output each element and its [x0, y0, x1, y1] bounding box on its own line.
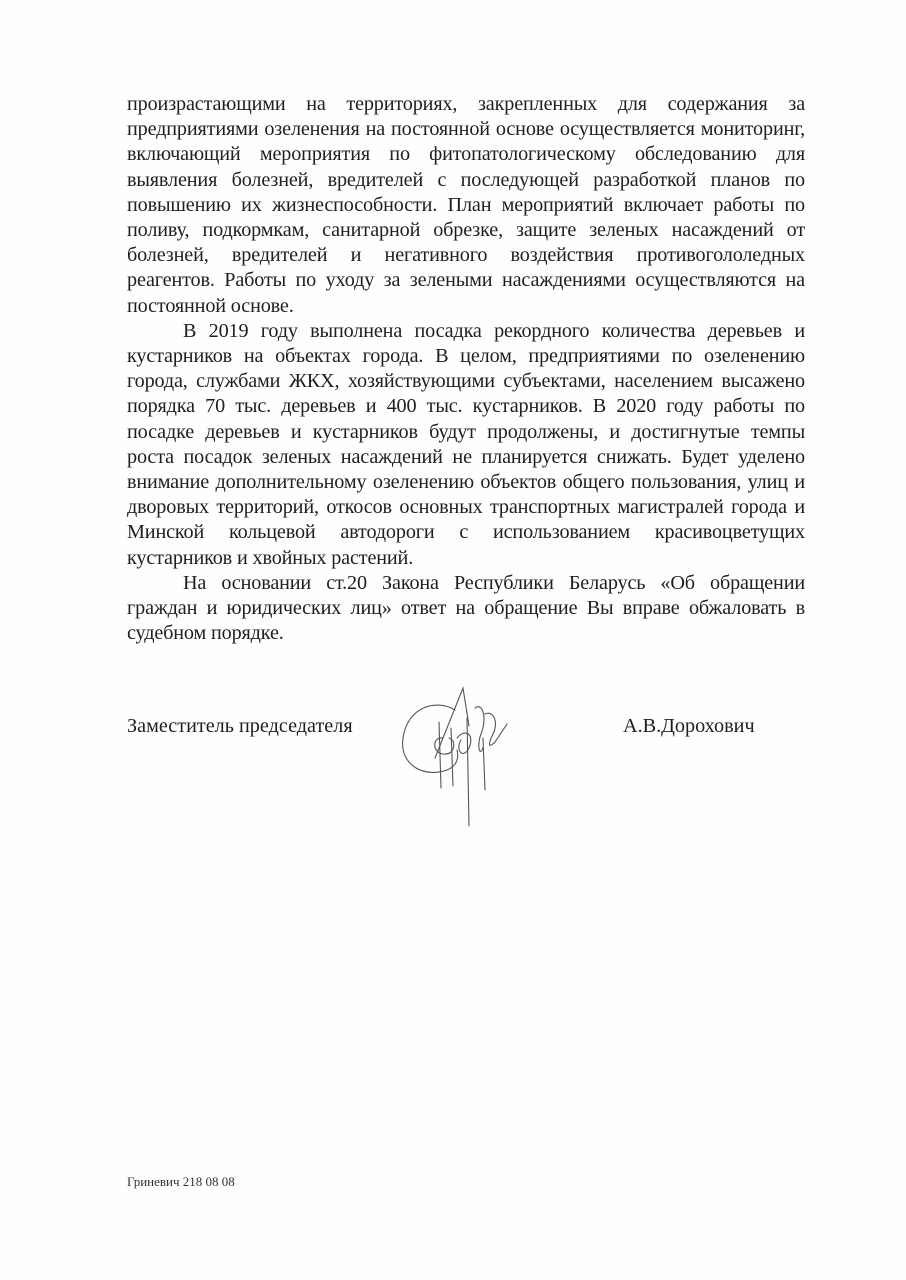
paragraph-planting-2019: В 2019 году выполнена посадка рекордного…: [127, 319, 805, 571]
paragraph-appeal-rights: На основании ст.20 Закона Республики Бел…: [127, 571, 805, 647]
signer-title: Заместитель председателя: [127, 714, 353, 739]
handwritten-signature-icon: [395, 678, 525, 828]
paragraph-monitoring: произрастающими на территориях, закрепле…: [127, 92, 805, 319]
document-page: произрастающими на территориях, закрепле…: [0, 0, 906, 1280]
signer-name: А.В.Дорохович: [623, 714, 755, 739]
executor-footer: Гриневич 218 08 08: [127, 1174, 235, 1190]
document-body: произрастающими на территориях, закрепле…: [127, 92, 805, 646]
